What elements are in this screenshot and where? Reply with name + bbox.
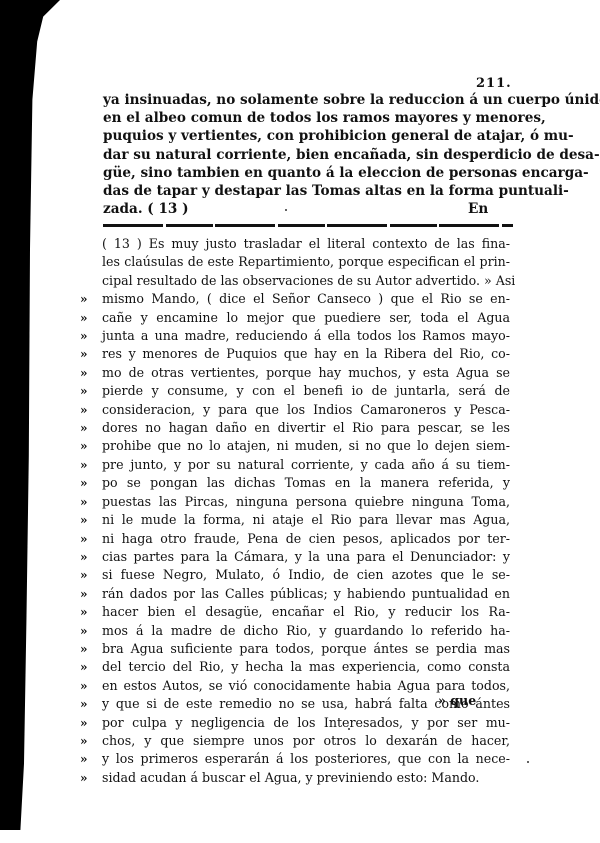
footnote-line: »hacer bien el desagüe, encañar el Rio, … [80,603,510,621]
footnote-line: »rán dados por las Calles públicas; y ha… [80,585,510,603]
footnote-line-text: mismo Mando, ( dice el Señor Canseco ) q… [102,290,510,308]
footnote-line-text: chos, y que siempre unos por otros lo de… [102,732,510,750]
quotation-mark: » [80,474,102,492]
footnote-separator-rule [103,224,513,227]
body-line: ya insinuadas, no solamente sobre la red… [103,91,509,109]
catchword-top: En [468,201,488,217]
footnote-line-text: ( 13 ) Es muy justo trasladar el literal… [102,235,510,253]
main-body-text: ya insinuadas, no solamente sobre la red… [103,91,509,218]
quotation-mark: » [80,530,102,548]
book-binding-shadow [0,0,60,830]
print-speck [285,209,287,211]
quotation-mark: » [80,695,102,713]
footnote-line-text: pierde y consume, y con el benefi io de … [102,382,510,400]
footnote-line-text: prohibe que no lo atajen, ni muden, si n… [102,437,510,455]
footnote-line-text: y los primeros esperarán á los posterior… [102,750,510,768]
quotation-mark: » [80,566,102,584]
quotation-mark: » [80,456,102,474]
quotation-mark: » [80,622,102,640]
footnote-line-text: hacer bien el desagüe, encañar el Rio, y… [102,603,510,621]
quotation-mark: » [80,603,102,621]
footnote-line: »mo de otras vertientes, porque hay much… [80,364,510,382]
footnote-line: »pre junto, y por su natural corriente, … [80,456,510,474]
footnote-line-text: del tercio del Rio, y hecha la mas exper… [102,658,510,676]
body-line: puquios y vertientes, con prohibicion ge… [103,127,509,145]
quotation-mark: » [80,511,102,529]
footnote-line-text: mo de otras vertientes, porque hay mucho… [102,364,510,382]
footnote-line: »chos, y que siempre unos por otros lo d… [80,732,510,750]
quotation-mark: » [80,677,102,695]
quotation-mark: » [80,658,102,676]
quotation-mark: » [80,290,102,308]
footnote-line-text: po se pongan las dichas Tomas en la mane… [102,474,510,492]
body-line: das de tapar y destapar las Tomas altas … [103,182,509,200]
footnote-line-text: consideracion, y para que los Indios Cam… [102,401,510,419]
quotation-mark: » [80,585,102,603]
footnote-line: »mismo Mando, ( dice el Señor Canseco ) … [80,290,510,308]
line-indent [80,253,102,271]
footnote-line: »ni haga otro fraude, Pena de cien pesos… [80,530,510,548]
quotation-mark: » [80,769,102,787]
footnote-line: »sidad acudan á buscar el Agua, y previn… [80,769,510,787]
footnote-line: »consideracion, y para que los Indios Ca… [80,401,510,419]
quotation-mark: » [80,714,102,732]
quotation-mark: » [80,437,102,455]
quotation-mark: » [80,640,102,658]
footnote-line: »cañe y encamine lo mejor que puediere s… [80,309,510,327]
footnote-line-text: dores no hagan daño en divertir el Rio p… [102,419,510,437]
footnote-line-text: cias partes para la Cámara, y la una par… [102,548,510,566]
quotation-mark: » [80,309,102,327]
footnote-line-text: pre junto, y por su natural corriente, y… [102,456,510,474]
quotation-mark: » [80,327,102,345]
footnote-line: »por culpa y negligencia de los Interesa… [80,714,510,732]
footnote-line: »pierde y consume, y con el benefi io de… [80,382,510,400]
footnote-line: »puestas las Pircas, ninguna persona qui… [80,493,510,511]
footnote-line-text: junta a una madre, reduciendo á ella tod… [102,327,510,345]
print-speck [348,728,350,730]
footnote-line: »si fuese Negro, Mulato, ó Indio, de cie… [80,566,510,584]
print-speck [527,761,529,763]
footnote-line: »prohibe que no lo atajen, ni muden, si … [80,437,510,455]
quotation-mark: » [80,401,102,419]
footnote-line: »junta a una madre, reduciendo á ella to… [80,327,510,345]
footnote-line-text: ni haga otro fraude, Pena de cien pesos,… [102,530,510,548]
footnote-line-text: ni le mude la forma, ni ataje el Rio par… [102,511,510,529]
page-number: 211. [476,76,512,91]
footnote-line-text: bra Agua suficiente para todos, porque á… [102,640,510,658]
catchword-bottom: » que [438,693,476,708]
footnote-line-text: por culpa y negligencia de los Interesad… [102,714,510,732]
footnote-line-text: cañe y encamine lo mejor que puediere se… [102,309,510,327]
line-indent [80,235,102,253]
footnote-line: cipal resultado de las observaciones de … [80,272,510,290]
footnote-line-text: sidad acudan á buscar el Agua, y previni… [102,769,510,787]
line-indent [80,272,102,290]
footnote-line: »del tercio del Rio, y hecha la mas expe… [80,658,510,676]
footnote-line-text: cipal resultado de las observaciones de … [102,272,515,290]
body-line: güe, sino tambien en quanto á la eleccio… [103,164,509,182]
footnote-line: »res y menores de Puquios que hay en la … [80,345,510,363]
footnote-line-text: res y menores de Puquios que hay en la R… [102,345,510,363]
quotation-mark: » [80,493,102,511]
footnote-line-text: mos á la madre de dicho Rio, y guardando… [102,622,510,640]
footnote-line: »y los primeros esperarán á los posterio… [80,750,510,768]
quotation-mark: » [80,382,102,400]
footnote-line-text: rán dados por las Calles públicas; y hab… [102,585,510,603]
body-line: en el albeo comun de todos los ramos may… [103,109,509,127]
quotation-mark: » [80,548,102,566]
footnote-line: »cias partes para la Cámara, y la una pa… [80,548,510,566]
body-line: zada. ( 13 ) [103,200,509,218]
footnote-line: ( 13 ) Es muy justo trasladar el literal… [80,235,510,253]
footnote-line-text: si fuese Negro, Mulato, ó Indio, de cien… [102,566,510,584]
footnote-line: »bra Agua suficiente para todos, porque … [80,640,510,658]
quotation-mark: » [80,364,102,382]
footnote-line: »mos á la madre de dicho Rio, y guardand… [80,622,510,640]
footnote-line: »po se pongan las dichas Tomas en la man… [80,474,510,492]
footnote-line: »dores no hagan daño en divertir el Rio … [80,419,510,437]
quotation-mark: » [80,732,102,750]
quotation-mark: » [80,419,102,437]
footnote-line: »ni le mude la forma, ni ataje el Rio pa… [80,511,510,529]
body-line: dar su natural corriente, bien encañada,… [103,146,509,164]
page-bottom-edge [0,830,60,843]
quotation-mark: » [80,345,102,363]
footnote-line-text: les claúsulas de este Repartimiento, por… [102,253,510,271]
footnote-line: les claúsulas de este Repartimiento, por… [80,253,510,271]
footnote-line-text: puestas las Pircas, ninguna persona quie… [102,493,510,511]
quotation-mark: » [80,750,102,768]
